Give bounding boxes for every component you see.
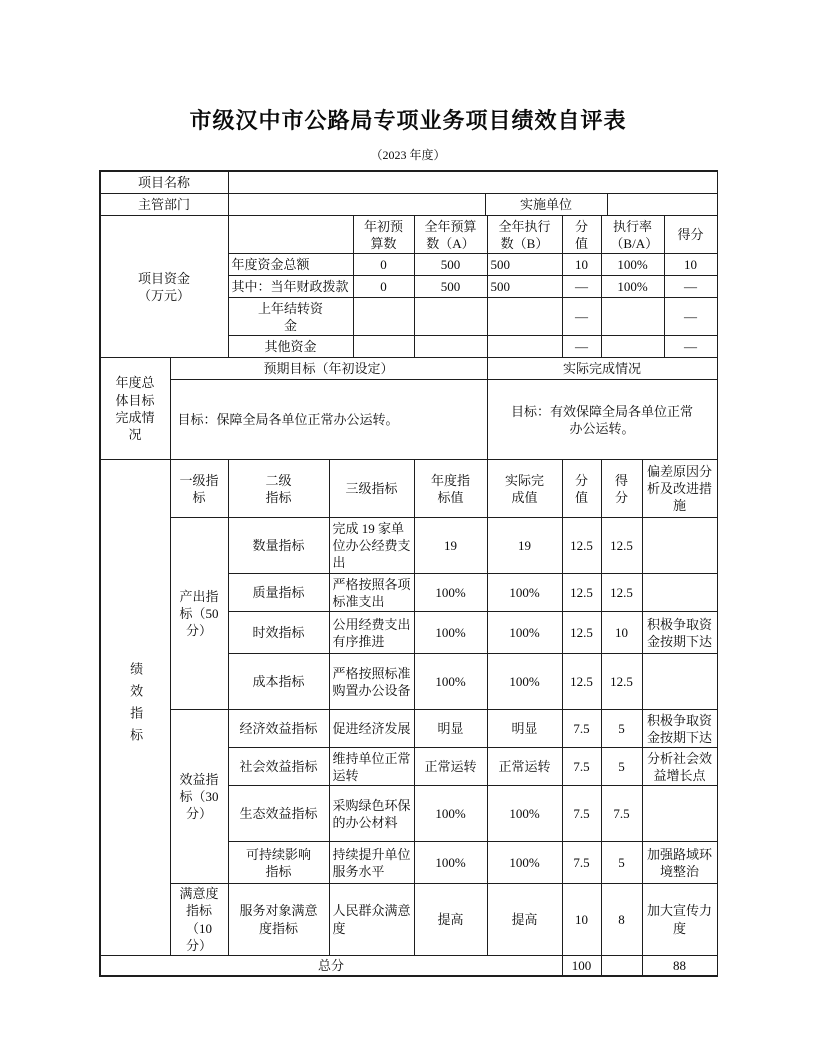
budget-cell-weight: — <box>562 276 601 298</box>
budget-cell-full-year-exec <box>487 336 562 358</box>
indicator-weight: 12.5 <box>562 518 601 574</box>
department-label: 主管部门 <box>100 194 228 216</box>
budget-cell-full-year-exec: 500 <box>487 276 562 298</box>
budget-row-label: 上年结转资金 <box>228 298 353 336</box>
indicator-target: 100% <box>414 612 487 654</box>
budget-section-label: 项目资金（万元） <box>100 216 228 358</box>
indicator-actual: 100% <box>487 612 562 654</box>
indicator-score: 12.5 <box>601 654 642 710</box>
budget-header-full-year-exec: 全年执行数（B） <box>487 216 562 254</box>
department-value <box>228 194 485 216</box>
budget-cell-initial: 0 <box>353 276 414 298</box>
indicator-score: 12.5 <box>601 518 642 574</box>
indicator-level3: 严格按照标准购置办公设备 <box>329 654 414 710</box>
project-name-value <box>228 172 717 194</box>
indicator-weight: 12.5 <box>562 612 601 654</box>
implement-unit-value <box>607 194 717 216</box>
annual-goal-section-label: 年度总体目标完成情况 <box>100 358 170 460</box>
indicator-actual: 提高 <box>487 884 562 956</box>
indicator-header-deviation: 偏差原因分析及改进措施 <box>642 460 717 518</box>
table-row: 绩效指标 一级指标 二级指标 三级指标 年度指标值 实际完成值 分值 得分 偏差… <box>100 460 717 518</box>
budget-row-label: 年度资金总额 <box>228 254 353 276</box>
budget-header-score: 得分 <box>664 216 717 254</box>
indicator-deviation: 加强路域环境整治 <box>642 842 717 884</box>
indicator-target: 100% <box>414 574 487 612</box>
table-row: 项目名称 <box>100 172 717 194</box>
indicator-row: 产出指标（50分） 数量指标 完成 19 家单位办公经费支出 19 19 12.… <box>100 518 717 574</box>
indicator-score: 5 <box>601 710 642 748</box>
table-row: 主管部门 实施单位 <box>100 194 717 216</box>
table-row: 目标：保障全局各单位正常办公运转。 目标：有效保障全局各单位正常办公运转。 <box>100 380 717 460</box>
indicator-level3: 完成 19 家单位办公经费支出 <box>329 518 414 574</box>
indicator-row: 满意度指标（10分） 服务对象满意度指标 人民群众满意度 提高 提高 10 8 … <box>100 884 717 956</box>
indicator-weight: 7.5 <box>562 786 601 842</box>
budget-header-exec-rate: 执行率（B/A） <box>601 216 664 254</box>
indicator-level2: 时效指标 <box>228 612 329 654</box>
budget-cell-weight: 10 <box>562 254 601 276</box>
indicator-level2: 生态效益指标 <box>228 786 329 842</box>
indicator-target: 正常运转 <box>414 748 487 786</box>
indicator-weight: 12.5 <box>562 574 601 612</box>
budget-cell-weight: — <box>562 336 601 358</box>
indicator-weight: 7.5 <box>562 842 601 884</box>
indicator-score: 5 <box>601 748 642 786</box>
budget-cell-exec-rate: 100% <box>601 254 664 276</box>
budget-cell-weight: — <box>562 298 601 336</box>
total-weight: 100 <box>562 955 601 975</box>
total-score <box>601 955 642 975</box>
indicator-header-weight: 分值 <box>562 460 601 518</box>
budget-cell-full-year-exec <box>487 298 562 336</box>
page-title: 市级汉中市公路局专项业务项目绩效自评表 <box>0 108 816 133</box>
indicator-score: 7.5 <box>601 786 642 842</box>
indicator-weight: 10 <box>562 884 601 956</box>
budget-row-label: 其他资金 <box>228 336 353 358</box>
indicator-actual: 100% <box>487 842 562 884</box>
indicator-row: 效益指标（30分） 经济效益指标 促进经济发展 明显 明显 7.5 5 积极争取… <box>100 710 717 748</box>
budget-subheader-spacer <box>228 216 353 254</box>
budget-cell-initial <box>353 298 414 336</box>
indicator-level1-benefit: 效益指标（30分） <box>170 710 228 884</box>
indicator-actual: 明显 <box>487 710 562 748</box>
budget-cell-score: — <box>664 336 717 358</box>
indicator-level2: 成本指标 <box>228 654 329 710</box>
indicator-level1-satisfaction: 满意度指标（10分） <box>170 884 228 956</box>
indicators-section: 绩效指标 一级指标 二级指标 三级指标 年度指标值 实际完成值 分值 得分 偏差… <box>100 459 718 976</box>
indicator-level2: 服务对象满意度指标 <box>228 884 329 956</box>
indicator-actual: 100% <box>487 654 562 710</box>
indicator-deviation <box>642 654 717 710</box>
annual-goal-section: 年度总体目标完成情况 预期目标（年初设定） 实际完成情况 目标：保障全局各单位正… <box>100 357 718 460</box>
budget-cell-exec-rate <box>601 298 664 336</box>
budget-cell-score: — <box>664 276 717 298</box>
page-subtitle: （2023 年度） <box>0 146 816 163</box>
indicator-level2: 数量指标 <box>228 518 329 574</box>
budget-cell-full-year-budget: 500 <box>414 254 487 276</box>
implement-unit-label: 实施单位 <box>485 194 607 216</box>
indicator-deviation <box>642 786 717 842</box>
table-row: 项目资金（万元） 年初预算数 全年预算数（A） 全年执行数（B） 分值 执行率（… <box>100 216 717 254</box>
total-label: 总分 <box>100 955 562 975</box>
indicator-header-level1: 一级指标 <box>170 460 228 518</box>
indicator-deviation <box>642 574 717 612</box>
indicator-level2: 质量指标 <box>228 574 329 612</box>
indicator-target: 100% <box>414 654 487 710</box>
indicator-level3: 公用经费支出有序推进 <box>329 612 414 654</box>
indicator-score: 10 <box>601 612 642 654</box>
indicator-actual: 19 <box>487 518 562 574</box>
indicator-deviation: 积极争取资金按期下达 <box>642 612 717 654</box>
budget-cell-initial: 0 <box>353 254 414 276</box>
indicator-header-score: 得分 <box>601 460 642 518</box>
indicator-level2: 社会效益指标 <box>228 748 329 786</box>
budget-cell-score: — <box>664 298 717 336</box>
indicator-target: 明显 <box>414 710 487 748</box>
indicator-target: 提高 <box>414 884 487 956</box>
budget-cell-full-year-exec: 500 <box>487 254 562 276</box>
evaluation-table: 项目名称 主管部门 实施单位 项目资金（万元） 年初预算数 全年预算数（A） 全… <box>99 170 718 977</box>
indicator-deviation <box>642 518 717 574</box>
indicator-level2: 可持续影响指标 <box>228 842 329 884</box>
budget-row-label: 其中：当年财政拨款 <box>228 276 353 298</box>
indicator-weight: 7.5 <box>562 710 601 748</box>
actual-completion-text: 目标：有效保障全局各单位正常办公运转。 <box>487 380 717 460</box>
indicator-level3: 严格按照各项标准支出 <box>329 574 414 612</box>
info-section: 项目名称 主管部门 实施单位 <box>100 171 718 216</box>
budget-cell-full-year-budget <box>414 298 487 336</box>
budget-cell-score: 10 <box>664 254 717 276</box>
indicator-target: 100% <box>414 786 487 842</box>
actual-completion-header: 实际完成情况 <box>487 358 717 380</box>
budget-cell-exec-rate: 100% <box>601 276 664 298</box>
indicator-target: 100% <box>414 842 487 884</box>
indicator-header-target: 年度指标值 <box>414 460 487 518</box>
budget-header-full-year-budget: 全年预算数（A） <box>414 216 487 254</box>
budget-cell-full-year-budget: 500 <box>414 276 487 298</box>
total-final-score: 88 <box>642 955 717 975</box>
indicator-actual: 100% <box>487 574 562 612</box>
budget-section: 项目资金（万元） 年初预算数 全年预算数（A） 全年执行数（B） 分值 执行率（… <box>100 215 718 358</box>
indicator-target: 19 <box>414 518 487 574</box>
indicators-section-label: 绩效指标 <box>100 460 170 956</box>
indicator-score: 12.5 <box>601 574 642 612</box>
budget-cell-full-year-budget <box>414 336 487 358</box>
indicator-level3: 维持单位正常运转 <box>329 748 414 786</box>
indicator-header-level2: 二级指标 <box>228 460 329 518</box>
document-page: 市级汉中市公路局专项业务项目绩效自评表 （2023 年度） 项目名称 主管部门 … <box>0 0 816 977</box>
project-name-label: 项目名称 <box>100 172 228 194</box>
indicator-level3: 采购绿色环保的办公材料 <box>329 786 414 842</box>
indicator-score: 5 <box>601 842 642 884</box>
indicator-weight: 12.5 <box>562 654 601 710</box>
indicator-score: 8 <box>601 884 642 956</box>
indicator-level3: 促进经济发展 <box>329 710 414 748</box>
table-row: 年度总体目标完成情况 预期目标（年初设定） 实际完成情况 <box>100 358 717 380</box>
indicator-level3: 持续提升单位服务水平 <box>329 842 414 884</box>
budget-header-weight: 分值 <box>562 216 601 254</box>
expected-goal-header: 预期目标（年初设定） <box>170 358 487 380</box>
budget-cell-exec-rate <box>601 336 664 358</box>
indicator-actual: 100% <box>487 786 562 842</box>
total-row: 总分 100 88 <box>100 955 717 975</box>
indicator-deviation: 分析社会效益增长点 <box>642 748 717 786</box>
indicator-level3: 人民群众满意度 <box>329 884 414 956</box>
indicator-actual: 正常运转 <box>487 748 562 786</box>
budget-header-initial: 年初预算数 <box>353 216 414 254</box>
budget-cell-initial <box>353 336 414 358</box>
indicator-header-level3: 三级指标 <box>329 460 414 518</box>
indicator-deviation: 积极争取资金按期下达 <box>642 710 717 748</box>
expected-goal-text: 目标：保障全局各单位正常办公运转。 <box>170 380 487 460</box>
indicator-level2: 经济效益指标 <box>228 710 329 748</box>
indicator-weight: 7.5 <box>562 748 601 786</box>
indicator-header-actual: 实际完成值 <box>487 460 562 518</box>
indicator-deviation: 加大宣传力度 <box>642 884 717 956</box>
indicator-level1-output: 产出指标（50分） <box>170 518 228 710</box>
